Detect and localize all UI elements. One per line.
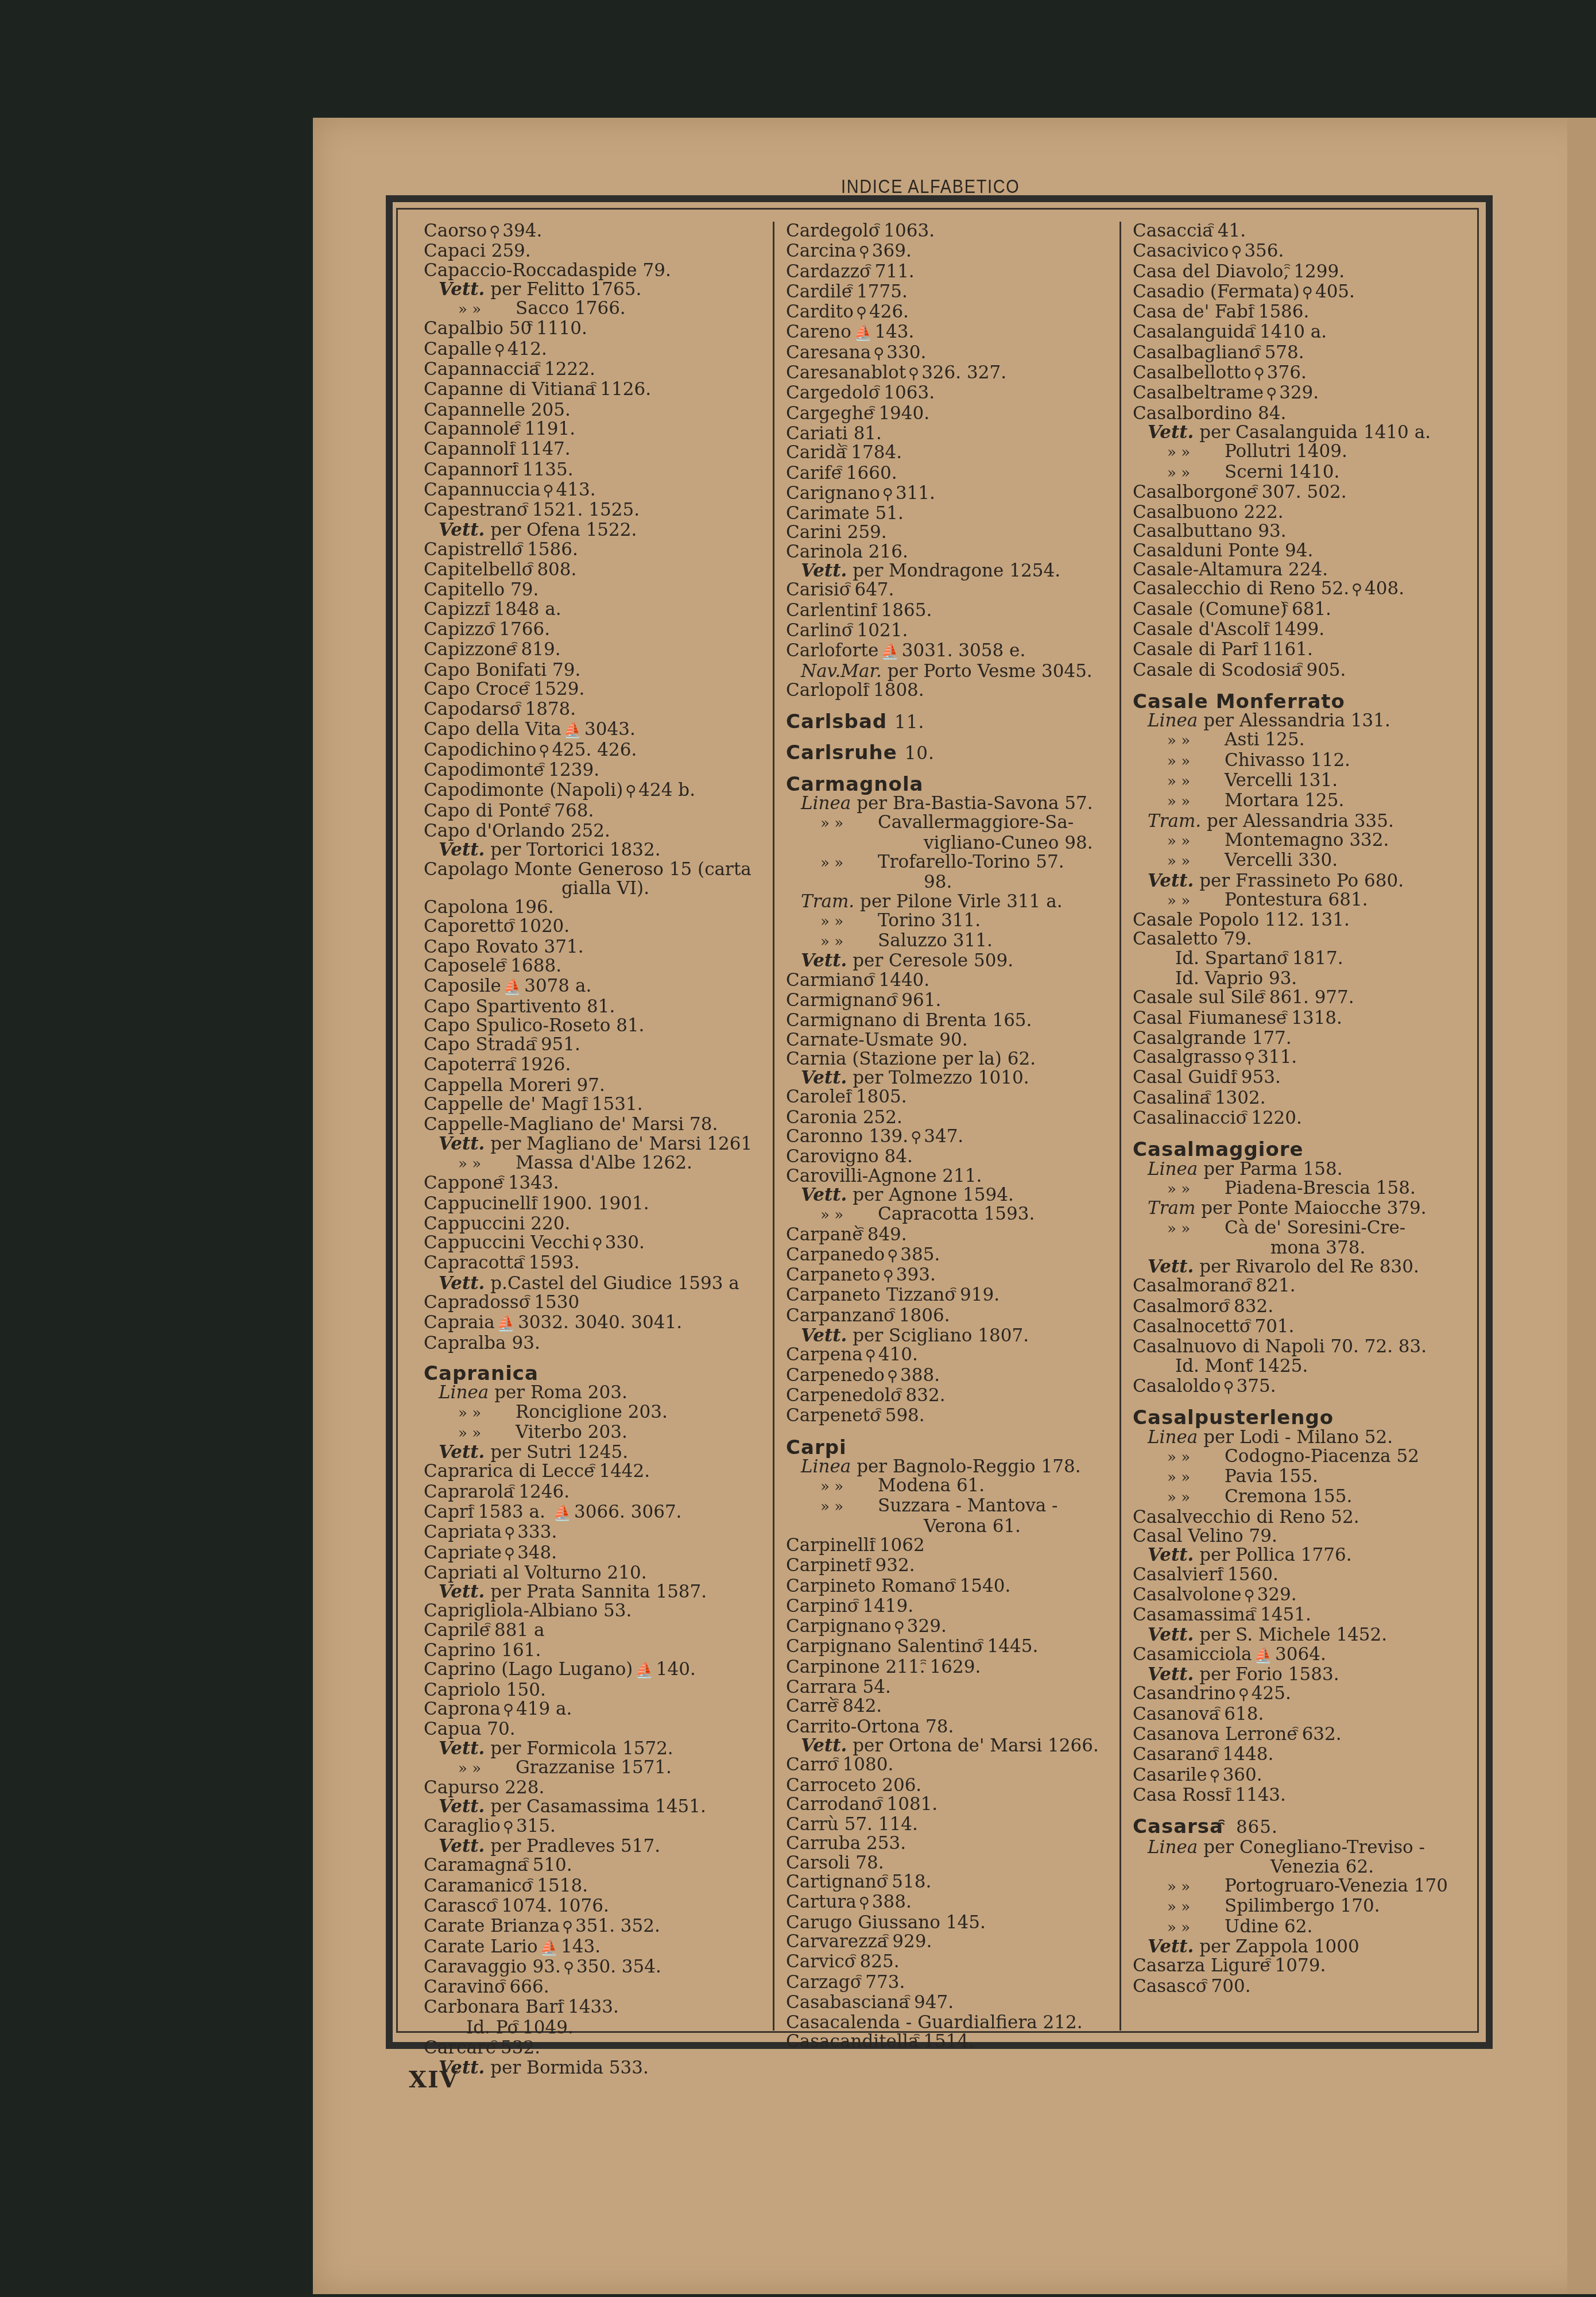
entry-name: Casalbordino 84.	[1133, 403, 1286, 424]
entry-name: Carpineto Romano	[786, 1576, 955, 1596]
connection-text: per Ponte Maiocche 379.	[1201, 1198, 1426, 1219]
ditto-text: Spilimbergo 170.	[1225, 1896, 1380, 1916]
entry-refs: 532.	[501, 2037, 540, 2058]
index-entry: Carpena⚲410.	[786, 1345, 1119, 1366]
ditto-text: Udine 62.	[1225, 1916, 1312, 1937]
index-entry: Casale (Comune)ꩰ681.	[1133, 600, 1466, 620]
connection-type: Vett.	[439, 1836, 485, 1857]
entry-name: Capodimonte	[424, 760, 544, 780]
entry-refs: 1343.	[508, 1173, 559, 1193]
entry-name: Carrito-Ortona 78.	[786, 1716, 954, 1737]
index-heading: Carlsbad 11.	[786, 713, 1119, 732]
ditto-marks: » »	[1167, 1878, 1225, 1897]
entry-refs: 426.	[869, 301, 909, 322]
entry-refs: 3064.	[1275, 1644, 1326, 1665]
connection-line: Nav.Mar. per Porto Vesme 3045.	[786, 662, 1119, 681]
entry-name: Carruba 253.	[786, 1833, 906, 1854]
entry-refs: 1808.	[873, 680, 924, 701]
entry-refs: 1126.	[600, 379, 651, 400]
index-entry: Carcina⚲369.	[786, 242, 1119, 262]
entry-refs: 1530	[534, 1292, 579, 1313]
connection-type: Linea	[1148, 1427, 1198, 1448]
entry-refs: 666.	[510, 1977, 549, 1997]
entry-name: Casalmorano	[1133, 1275, 1252, 1296]
connection-text: per Ortona de' Marsi 1266.	[853, 1735, 1099, 1756]
entry-refs: 351. 352.	[575, 1916, 660, 1936]
ditto-line: » »Cavallermaggiore-Sa-	[786, 813, 1119, 833]
ditto-marks: » »	[1167, 464, 1225, 483]
continuation-line: 98.	[786, 873, 1119, 892]
entry-refs: 849.	[867, 1224, 907, 1245]
index-entry: Carpenedo⚲388.	[786, 1366, 1119, 1386]
connection-text: per Casamassima 1451.	[490, 1796, 706, 1817]
connection-text: per Lodi - Milano 52.	[1203, 1427, 1393, 1448]
connection-type: Nav.Mar.	[801, 661, 882, 682]
index-entry: Carpinelliꩰ1062	[786, 1536, 1119, 1556]
entry-refs: 333.	[517, 1522, 557, 1542]
index-entry: Capracottaꩰ1593.	[424, 1254, 757, 1274]
index-entry: Carlentiniꩰ1865.	[786, 601, 1119, 621]
continuation-line: Verona 61.	[786, 1517, 1119, 1536]
entry-name: Capriate	[424, 1542, 502, 1563]
tramway-icon: ⚲	[494, 341, 505, 360]
entry-refs: 140.	[656, 1659, 696, 1680]
continuation-text: Venezia 62.	[1270, 1857, 1374, 1877]
index-entry: Casalvieriꩰ1560.	[1133, 1565, 1466, 1586]
entry-name: Caravino	[424, 1977, 505, 1997]
index-entry: Carovilli-Agnone 211.	[786, 1167, 1119, 1186]
index-entry: Carpanzanoꩰ1806.	[786, 1306, 1119, 1327]
entry-name: Capannaccia	[424, 359, 540, 380]
index-heading: Carmagnola	[786, 775, 1119, 794]
heading-name: Carlsbad	[786, 710, 887, 733]
entry-name: Capo Croce	[424, 679, 529, 699]
index-entry: Casalinaccioꩰ1220.	[1133, 1109, 1466, 1129]
entry-name: Carmignano di Brenta 165.	[786, 1010, 1032, 1031]
entry-name: Capannuccia	[424, 479, 541, 500]
index-entry: Carpignano Salentinoꩰ1445.	[786, 1637, 1119, 1657]
entry-refs: 701.	[1254, 1316, 1294, 1337]
entry-refs: 832.	[906, 1385, 946, 1406]
entry-refs: 700.	[1211, 1976, 1251, 1997]
entry-name: Cariati 81.	[786, 423, 882, 444]
entry-name: Casalecchio di Reno 52.	[1133, 578, 1349, 599]
entry-refs: 1499.	[1273, 619, 1324, 640]
index-entry: Caraglio⚲315.	[424, 1817, 757, 1837]
entry-refs: 388.	[900, 1365, 940, 1386]
index-entry: Id. Poꩰ1049.	[424, 2018, 757, 2039]
index-entry: Capo Stradaꩰ951.	[424, 1035, 757, 1055]
connection-line: Linea per Roma 203.	[424, 1383, 757, 1402]
tramway-icon: ⚲	[859, 1894, 870, 1913]
entry-refs: 821.	[1256, 1275, 1296, 1296]
connection-text: per Conegliano-Treviso -	[1203, 1837, 1425, 1858]
index-entry: Carascoꩰ1074. 1076.	[424, 1897, 757, 1917]
entry-name: Cardito	[786, 301, 854, 322]
index-entry: Casalvecchio di Reno 52.	[1133, 1508, 1466, 1527]
ditto-line: » »Scerni 1410.	[1133, 463, 1466, 483]
entry-refs: 1191.	[524, 419, 575, 439]
tramway-icon: ⚲	[856, 304, 867, 323]
index-heading: Carpi	[786, 1438, 1119, 1457]
tramway-icon: ⚲	[1302, 284, 1313, 303]
entry-name: Caraglio	[424, 1816, 501, 1836]
index-entry: Carate Lario⛵143.	[424, 1938, 757, 1958]
index-entry: Capannuccia⚲413.	[424, 481, 757, 501]
ditto-text: Piadena-Brescia 158.	[1225, 1178, 1416, 1198]
entry-name: Caposele	[424, 956, 506, 976]
index-entry: Carmignano di Brenta 165.	[786, 1011, 1119, 1030]
entry-name: Caprino 161.	[424, 1640, 541, 1661]
index-entry: Capannoriꩰ1135.	[424, 461, 757, 481]
tramway-icon: ⚲	[592, 1235, 603, 1254]
entry-name: Carcare	[424, 2037, 496, 2058]
index-entry: Cardileꩰ1775.	[786, 283, 1119, 303]
index-entry: Casaloldo⚲375.	[1133, 1377, 1466, 1397]
entry-name: Capizzi	[424, 599, 490, 620]
entry-name: Id. Po	[466, 2017, 518, 2038]
connection-text: per Forio 1583.	[1199, 1664, 1339, 1685]
index-entry: Cappelle-Magliano de' Marsi 78.	[424, 1115, 757, 1134]
index-entry: Capoterraꩰ1926.	[424, 1055, 757, 1076]
ditto-line: » »Viterbo 203.	[424, 1423, 757, 1443]
tramway-icon: ⚲	[883, 1267, 894, 1286]
entry-name: Casal Velino 79.	[1133, 1526, 1277, 1546]
entry-refs: 1074. 1076.	[501, 1896, 609, 1916]
entry-refs: 1062	[880, 1535, 925, 1556]
connection-text: per Felitto 1765.	[490, 279, 641, 300]
entry-refs: 1865.	[881, 600, 932, 621]
index-entry: Carinola 216.	[786, 543, 1119, 562]
index-entry: Capaci 259.	[424, 242, 757, 261]
heading-refs: 11.	[894, 712, 924, 733]
index-entry: Carpinoꩰ1419.	[786, 1597, 1119, 1617]
entry-refs: 1063.	[884, 221, 935, 241]
connection-text: per Zappola 1000	[1199, 1936, 1359, 1957]
entry-name: Casale di Scodosia	[1133, 660, 1301, 680]
entry-name: Carzago	[786, 1972, 861, 1993]
entry-refs: 1419.	[862, 1596, 913, 1617]
entry-name: Carate Lario	[424, 1936, 538, 1957]
index-entry: Id. Spartanoꩰ1817.	[1133, 949, 1466, 969]
connection-type: Vett.	[439, 840, 485, 860]
entry-name: Caronia 252.	[786, 1107, 902, 1128]
entry-refs: 1239.	[548, 760, 599, 780]
index-entry: Capriate⚲348.	[424, 1544, 757, 1564]
index-entry: Cardazzoꩰ711.	[786, 262, 1119, 283]
entry-name: Capralba 93.	[424, 1333, 540, 1354]
entry-refs: 1514.	[923, 2031, 974, 2052]
index-entry: Casale-Altamura 224.	[1133, 560, 1466, 579]
index-entry: Casa de' Fabiꩰ1586.	[1133, 303, 1466, 323]
entry-refs: 413.	[556, 479, 596, 500]
connection-line: Vett. per Tolmezzo 1010.	[786, 1069, 1119, 1088]
entry-refs: 819.	[521, 639, 561, 660]
index-entry: Casale sul Sileꩰ861. 977.	[1133, 988, 1466, 1008]
index-entry: Capriata⚲333.	[424, 1523, 757, 1543]
index-entry: Caprarolaꩰ1246.	[424, 1483, 757, 1503]
index-entry: Casamicciola⛵3064.	[1133, 1645, 1466, 1665]
entry-name: Capistrello	[424, 539, 522, 560]
entry-name: Capo Rovato 371.	[424, 937, 584, 957]
ship-icon: ⛵	[881, 643, 899, 662]
entry-name: Caresanablot	[786, 362, 906, 383]
ditto-text: Sacco 1766.	[516, 298, 626, 319]
entry-name: Capitelbello	[424, 559, 532, 580]
index-entry: Cargegheꩰ1940.	[786, 404, 1119, 424]
entry-name: Casacalenda - Guardialfiera 212.	[786, 2012, 1083, 2033]
tramway-icon: ⚲	[1244, 1049, 1255, 1068]
index-entry: Casal Guidiꩰ953.	[1133, 1068, 1466, 1088]
entry-name: Casalbellotto	[1133, 362, 1252, 383]
connection-line: Linea per Bagnolo-Reggio 178.	[786, 1457, 1119, 1476]
entry-refs: 347.	[924, 1126, 963, 1147]
ditto-line: » »Pollutri 1409.	[1133, 442, 1466, 462]
entry-name: Casal Fiumanese	[1133, 1008, 1287, 1028]
ditto-text: Chivasso 112.	[1225, 750, 1350, 771]
connection-type: Linea	[801, 793, 851, 814]
entry-refs: 1766.	[499, 619, 550, 640]
index-column-1: Caorso⚲394.Capaci 259.Capaccio-Roccadasp…	[424, 222, 757, 2078]
heading-name: Casale Monferrato	[1133, 690, 1345, 713]
entry-name: Casalborgone	[1133, 482, 1257, 502]
index-heading: Casale Monferrato	[1133, 693, 1466, 711]
ditto-marks: » »	[1167, 892, 1225, 911]
connection-text: per Formicola 1572.	[490, 1738, 673, 1759]
entry-name: Carlino	[786, 620, 852, 641]
connection-line: Linea per Alessandria 131.	[1133, 711, 1466, 730]
entry-name: Caridà	[786, 442, 846, 463]
ditto-line: » »Vercelli 330.	[1133, 851, 1466, 871]
connection-type: Vett.	[801, 1185, 847, 1205]
entry-name: Carro	[786, 1754, 838, 1775]
entry-refs: 360.	[1223, 1765, 1262, 1785]
connection-text: per Sutri 1245.	[490, 1442, 628, 1463]
entry-refs: 356.	[1244, 241, 1284, 261]
index-entry: Cappucinelliꩰ1900. 1901.	[424, 1194, 757, 1215]
index-entry: Casaranoꩰ1448.	[1133, 1745, 1466, 1765]
entry-name: Casa de' Fabi	[1133, 301, 1254, 322]
entry-name: Carpenedolo	[786, 1385, 901, 1406]
index-entry: Capizzoneꩰ819.	[424, 640, 757, 660]
entry-refs: 1445.	[987, 1636, 1039, 1657]
tramway-icon: ⚲	[1254, 365, 1265, 384]
index-entry: Capaccio-Roccadaspide 79.	[424, 261, 757, 280]
entry-name: Casarile	[1133, 1765, 1207, 1785]
index-entry: Carrito-Ortona 78.	[786, 1718, 1119, 1737]
ditto-marks: » »	[458, 1424, 516, 1443]
ditto-line: » »Trofarello-Torino 57.	[786, 853, 1119, 873]
heading-name: Casarsa	[1133, 1815, 1223, 1838]
entry-name: Carsoli 78.	[786, 1853, 884, 1873]
index-entry: Carate Brianza⚲351. 352.	[424, 1917, 757, 1937]
ditto-text: Massa d'Albe 1262.	[516, 1153, 692, 1173]
ditto-text: Trofarello-Torino 57.	[878, 852, 1064, 872]
entry-refs: 1586.	[527, 539, 578, 560]
entry-name: Casandrino	[1133, 1683, 1236, 1704]
entry-refs: 768.	[554, 801, 594, 821]
index-entry: Careno⛵143.	[786, 323, 1119, 343]
entry-name: Carisio	[786, 579, 850, 600]
entry-name: Capo di Ponte	[424, 801, 549, 821]
entry-name: Carpineti	[786, 1555, 870, 1576]
entry-name: Casarano	[1133, 1744, 1218, 1765]
connection-text: per Alessandria 131.	[1203, 710, 1390, 731]
connection-type: Linea	[1148, 710, 1198, 731]
entry-name: Caresana	[786, 342, 871, 363]
connection-line: Vett. per Pradleves 517.	[424, 1837, 757, 1856]
ditto-line: » »Pontestura 681.	[1133, 891, 1466, 911]
entry-refs: 1143.	[1235, 1785, 1286, 1805]
connection-text: per Pollica 1776.	[1199, 1545, 1351, 1565]
entry-refs: 1593.	[529, 1252, 580, 1273]
ditto-marks: » »	[458, 1404, 516, 1423]
ship-icon: ⛵	[564, 721, 582, 740]
entry-refs: 3078 a.	[524, 976, 591, 996]
entry-name: Cappelle-Magliano de' Marsi 78.	[424, 1114, 718, 1135]
index-entry: Casalgrasso⚲311.	[1133, 1048, 1466, 1068]
entry-name: Casadio (Fermata)	[1133, 281, 1300, 302]
entry-name: Caporetto	[424, 916, 514, 937]
connection-line: Vett. per Zappola 1000	[1133, 1938, 1466, 1956]
index-entry: Capodichino⚲425. 426.	[424, 741, 757, 761]
entry-name: Capalbio 50	[424, 318, 532, 339]
connection-line: Vett. per Ortona de' Marsi 1266.	[786, 1737, 1119, 1755]
entry-name: Id. Vaprio 93.	[1175, 968, 1297, 989]
index-entry: Caravaggio 93.⚲350. 354.	[424, 1958, 757, 1978]
entry-name: Casalbuono 222.	[1133, 502, 1284, 523]
entry-name: Cargeghe	[786, 403, 874, 424]
entry-refs: 881 a	[494, 1620, 545, 1641]
entry-refs: 143.	[561, 1936, 601, 1957]
entry-name: Carinola 216.	[786, 542, 908, 562]
entry-name: Casalmoro	[1133, 1296, 1229, 1317]
entry-name: Casalbagliano	[1133, 342, 1260, 363]
index-entry: Capalbio 50ꩰ1110.	[424, 319, 757, 339]
connection-type: Vett.	[439, 1738, 485, 1759]
connection-line: Linea per Parma 158.	[1133, 1160, 1466, 1179]
connection-line: Vett. per Bormida 533.	[424, 2059, 757, 2078]
connection-text: per Bormida 533.	[490, 2058, 649, 2078]
index-entry: Carcareꩰ532.	[424, 2039, 757, 2059]
index-entry: Casaletto 79.	[1133, 930, 1466, 949]
entry-refs: 618.	[1224, 1704, 1264, 1724]
connection-type: Vett.	[801, 1068, 847, 1088]
entry-name: Caramanico	[424, 1876, 532, 1896]
index-entry: Caresanablot⚲326. 327.	[786, 364, 1119, 384]
index-entry: Capralba 93.	[424, 1334, 757, 1353]
connection-text: per Tolmezzo 1010.	[853, 1068, 1029, 1088]
entry-refs: 405.	[1315, 281, 1355, 302]
entry-refs: 1784.	[851, 442, 902, 463]
entry-name: Id. Mont	[1175, 1356, 1253, 1376]
connection-type: Vett.	[801, 950, 847, 971]
heading-name: Capranica	[424, 1362, 539, 1385]
index-entry: Cartignanoꩰ518.	[786, 1873, 1119, 1893]
index-entry: Capannacciaꩰ1222.	[424, 360, 757, 380]
continuation-text: gialla VI).	[561, 878, 649, 899]
entry-refs: 919.	[960, 1285, 1000, 1305]
tramway-icon: ⚲	[1244, 1587, 1255, 1606]
entry-refs: 1161.	[1262, 639, 1313, 660]
ditto-line: » »Grazzanise 1571.	[424, 1758, 757, 1778]
connection-text: per Mondragone 1254.	[853, 560, 1060, 581]
entry-refs: 385.	[900, 1244, 940, 1265]
ditto-line: » »Saluzzo 311.	[786, 931, 1119, 952]
connection-type: Tram.	[801, 891, 854, 912]
index-entry: Casandrino⚲425.	[1133, 1684, 1466, 1704]
index-entry: Carifeꩰ1660.	[786, 464, 1119, 484]
ditto-marks: » »	[1167, 1180, 1225, 1199]
connection-text: per Scigliano 1807.	[853, 1325, 1029, 1346]
entry-name: Casalinaccio	[1133, 1108, 1246, 1128]
entry-name: Capri	[424, 1502, 474, 1522]
entry-name: Carpanzano	[786, 1305, 894, 1326]
index-entry: Carrara 54.	[786, 1678, 1119, 1697]
entry-name: Cappucinelli	[424, 1193, 537, 1214]
entry-name: Cardegolo	[786, 221, 879, 241]
ditto-line: » »Chivasso 112.	[1133, 751, 1466, 771]
entry-name: Carlentini	[786, 600, 877, 621]
index-entry: Carpignano⚲329.	[786, 1617, 1119, 1637]
connection-line: Linea per Conegliano-Treviso -	[1133, 1838, 1466, 1857]
index-entry: Casacalenda - Guardialfiera 212.	[786, 2013, 1119, 2032]
index-entry: Capo della Vita⛵3043.	[424, 720, 757, 740]
entry-refs: 1425.	[1257, 1356, 1308, 1376]
entry-name: Capanne di Vitiana	[424, 379, 595, 400]
entry-name: Casale sul Sile	[1133, 987, 1265, 1008]
ditto-text: Mortara 125.	[1225, 790, 1344, 811]
ditto-text: Ronciglione 203.	[516, 1402, 668, 1422]
index-column-2: Cardegoloꩰ1063.Carcina⚲369.Cardazzoꩰ711.…	[773, 222, 1119, 2031]
index-entry: Capannoleꩰ1191.	[424, 420, 757, 440]
tramway-icon: ⚲	[873, 345, 884, 364]
index-entry: Caramanicoꩰ1518.	[424, 1877, 757, 1897]
index-entry: Casalvolone⚲329.	[1133, 1586, 1466, 1606]
index-entry: Cargedoloꩰ1063.	[786, 384, 1119, 404]
entry-refs: 376.	[1267, 362, 1307, 383]
tramway-icon: ⚲	[865, 1347, 876, 1366]
entry-name: Casalvolone	[1133, 1584, 1242, 1605]
entry-name: Capo della Vita	[424, 719, 561, 740]
entry-name: Casamassima	[1133, 1604, 1256, 1625]
entry-refs: 1451.	[1260, 1604, 1311, 1625]
heading-refs: 865.	[1236, 1817, 1278, 1838]
index-entry: Caresana⚲330.	[786, 343, 1119, 364]
entry-refs: 307. 502.	[1262, 482, 1347, 502]
ditto-marks: » »	[820, 912, 878, 931]
ditto-text: Pontestura 681.	[1225, 890, 1368, 910]
entry-name: Casarza Ligure	[1133, 1955, 1270, 1976]
entry-refs: 1110.	[536, 318, 587, 339]
ditto-line: » »Modena 61.	[786, 1476, 1119, 1496]
connection-line: Vett. per Ceresole 509.	[786, 952, 1119, 970]
index-entry: Id. Montꩰ1425.	[1133, 1357, 1466, 1377]
index-entry: Casascoꩰ700.	[1133, 1977, 1466, 1997]
entry-name: Cappone	[424, 1173, 503, 1193]
entry-name: Casalgrasso	[1133, 1047, 1242, 1068]
entry-refs: 388.	[872, 1892, 912, 1912]
entry-name: Capua 70.	[424, 1719, 516, 1739]
entry-name: Carnia (Stazione per la) 62.	[786, 1049, 1036, 1069]
ditto-marks: » »	[1167, 852, 1225, 871]
entry-name: Cartura	[786, 1892, 857, 1912]
tramway-icon: ⚲	[1223, 1378, 1234, 1397]
entry-name: Carpaneto Tizzano	[786, 1285, 955, 1305]
index-entry: Carisioꩰ647.	[786, 581, 1119, 601]
entry-name: Capannoli	[424, 439, 515, 459]
tramway-icon: ⚲	[504, 1545, 515, 1564]
